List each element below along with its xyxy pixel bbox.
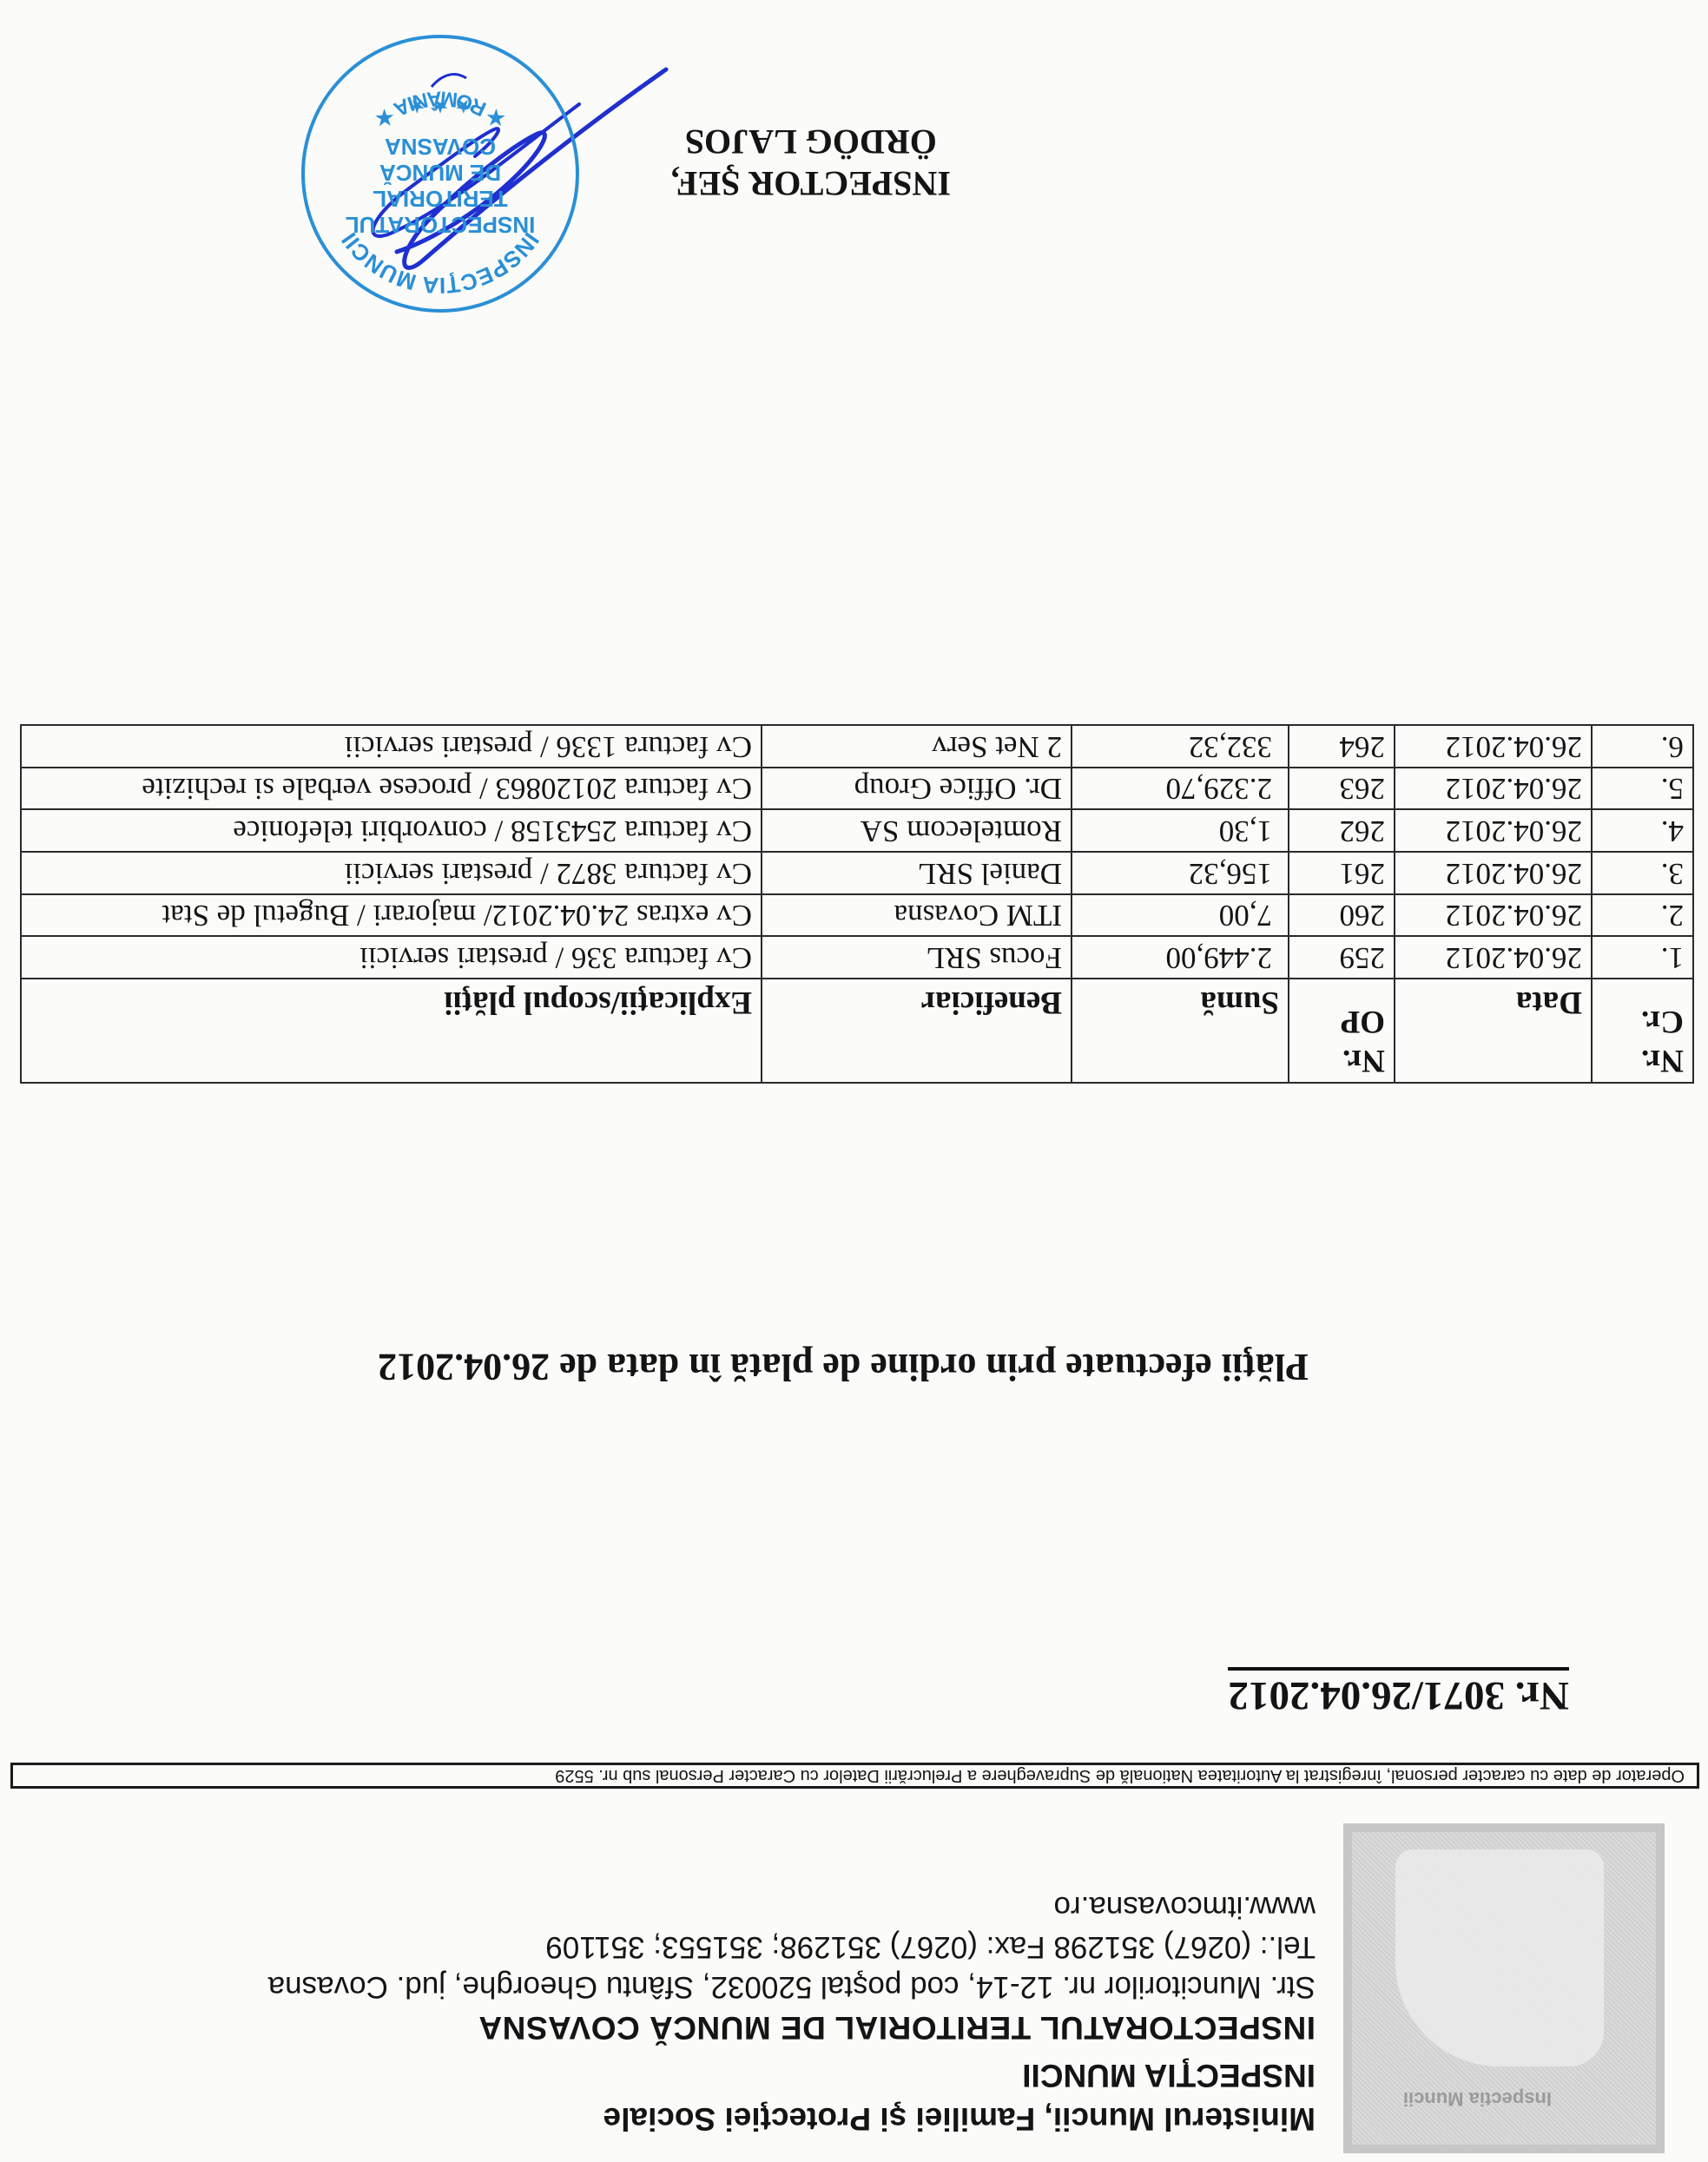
logo-text: Inspectia Muncii	[1403, 2087, 1552, 2110]
inspectia-name: INSPECŢIA MUNCII	[13, 2055, 1316, 2093]
cell-nr-cr: 6.	[1592, 725, 1693, 768]
cell-data: 26.04.2012	[1395, 852, 1592, 894]
ministry-name: Ministerul Muncii, Familiei şi Protecţie…	[13, 2099, 1316, 2138]
cell-nr-cr: 4.	[1592, 809, 1693, 852]
logo-figure-icon	[1395, 1849, 1604, 2066]
header-suma: Sumă	[1072, 979, 1289, 1083]
table-header-row: Nr. Cr. Data Nr. OP Sumă Beneficiar Expl…	[21, 979, 1693, 1083]
cell-suma: 1,30	[1072, 809, 1289, 852]
table-row: 6.26.04.2012264332,322 Net ServCv factur…	[21, 725, 1693, 768]
cell-explicatii: Cv extras 24.04.2012/ majorari / Bugetul…	[21, 894, 762, 937]
cell-suma: 2.449,00	[1072, 936, 1289, 979]
cell-nr-op: 263	[1289, 768, 1395, 810]
address: Str. Muncitorilor nr. 12-14, cod poştal …	[13, 1968, 1316, 2005]
cell-explicatii: Cv factura 3872 / prestari servicii	[21, 852, 762, 894]
payments-table: Nr. Cr. Data Nr. OP Sumă Beneficiar Expl…	[20, 724, 1694, 1084]
table-row: 2.26.04.20122607,00ITM CovasnaCv extras …	[21, 894, 1693, 937]
cell-data: 26.04.2012	[1395, 809, 1592, 852]
document-title: Plăţii efectuate prin ordine de plată în…	[267, 1345, 1309, 1389]
cell-beneficiar: Romtelecom SA	[762, 809, 1072, 852]
cell-suma: 332,32	[1072, 725, 1289, 768]
header-nr-op: Nr. OP	[1289, 979, 1395, 1083]
table-row: 1.26.04.20122592.449,00Focus SRLCv factu…	[21, 936, 1693, 979]
stamp-bottom-text: ★ ROMÂNIA ★	[370, 86, 511, 133]
cell-nr-cr: 1.	[1592, 936, 1693, 979]
stamp-line2: TERITORIAL	[373, 186, 508, 212]
header-nr-cr-line1: Nr.	[1601, 1041, 1684, 1080]
cell-explicatii: Cv factura 2543158 / convorbiri telefoni…	[21, 809, 762, 852]
cell-data: 26.04.2012	[1395, 768, 1592, 810]
header-nr-cr-line2: Cr.	[1601, 1002, 1684, 1041]
cell-data: 26.04.2012	[1395, 725, 1592, 768]
cell-nr-cr: 5.	[1592, 768, 1693, 810]
cell-nr-op: 264	[1289, 725, 1395, 768]
table-row: 5.26.04.20122632.329,70Dr. Office GroupC…	[21, 768, 1693, 810]
header-data: Data	[1395, 979, 1592, 1083]
document-number: Nr. 3071/26.04.2012	[1228, 1667, 1569, 1719]
cell-data: 26.04.2012	[1395, 894, 1592, 937]
cell-nr-cr: 2.	[1592, 894, 1693, 937]
header-nr-cr: Nr. Cr.	[1592, 979, 1693, 1083]
stamp-line4: COVASNA	[385, 134, 496, 160]
cell-beneficiar: Focus SRL	[762, 936, 1072, 979]
signature-block: INSPECTOR ŞEF, ÖRDÖG LAJOS	[671, 121, 951, 204]
cell-data: 26.04.2012	[1395, 936, 1592, 979]
official-stamp: INSPECŢIA MUNCII INSPECTORATUL TERITORIA…	[293, 22, 588, 321]
cell-explicatii: Cv factura 336 / prestari servicii	[21, 936, 762, 979]
stamp-seal-icon: INSPECŢIA MUNCII INSPECTORATUL TERITORIA…	[293, 26, 588, 321]
cell-suma: 156,32	[1072, 852, 1289, 894]
letterhead: Ministerul Muncii, Familiei şi Protecţie…	[13, 1888, 1316, 2138]
table-body: 1.26.04.20122592.449,00Focus SRLCv factu…	[21, 725, 1693, 979]
table-row: 4.26.04.20122621,30Romtelecom SACv factu…	[21, 809, 1693, 852]
header-explicatii: Explicaţii/scopul plăţii	[21, 979, 762, 1083]
phone-fax: Tel.: (0267) 351298 Fax: (0267) 351298; …	[13, 1928, 1316, 1965]
itm-logo: Inspectia Muncii	[1343, 1823, 1665, 2153]
signatory-name: ÖRDÖG LAJOS	[671, 121, 951, 162]
cell-suma: 2.329,70	[1072, 768, 1289, 810]
stamp-line3: DE MUNCĂ	[379, 160, 501, 186]
svg-text:★ ROMÂNIA ★: ★ ROMÂNIA ★	[370, 86, 511, 133]
cell-beneficiar: 2 Net Serv	[762, 725, 1072, 768]
signatory-role: INSPECTOR ŞEF,	[671, 162, 951, 204]
cell-suma: 7,00	[1072, 894, 1289, 937]
cell-nr-op: 262	[1289, 809, 1395, 852]
data-operator-notice: Operator de date cu caracter personal, î…	[10, 1763, 1699, 1789]
cell-nr-op: 259	[1289, 936, 1395, 979]
cell-explicatii: Cv factura 1336 / prestari servicii	[21, 725, 762, 768]
cell-beneficiar: Dr. Office Group	[762, 768, 1072, 810]
header-nr-op-line1: Nr.	[1298, 1041, 1385, 1080]
cell-explicatii: Cv factura 20120863 / procese verbale si…	[21, 768, 762, 810]
cell-nr-op: 261	[1289, 852, 1395, 894]
cell-beneficiar: Daniel SRL	[762, 852, 1072, 894]
scanned-document-page: Inspectia Muncii Ministerul Muncii, Fami…	[0, 0, 1708, 2162]
itm-name: INSPECTORATUL TERITORIAL DE MUNCĂ COVASN…	[13, 2008, 1316, 2047]
cell-beneficiar: ITM Covasna	[762, 894, 1072, 937]
cell-nr-cr: 3.	[1592, 852, 1693, 894]
header-beneficiar: Beneficiar	[762, 979, 1072, 1083]
stamp-line1: INSPECTORATUL	[346, 212, 536, 238]
cell-nr-op: 260	[1289, 894, 1395, 937]
header-nr-op-line2: OP	[1298, 1002, 1385, 1041]
website: www.itmcovasna.ro	[13, 1888, 1316, 1925]
table-row: 3.26.04.2012261156,32Daniel SRLCv factur…	[21, 852, 1693, 894]
